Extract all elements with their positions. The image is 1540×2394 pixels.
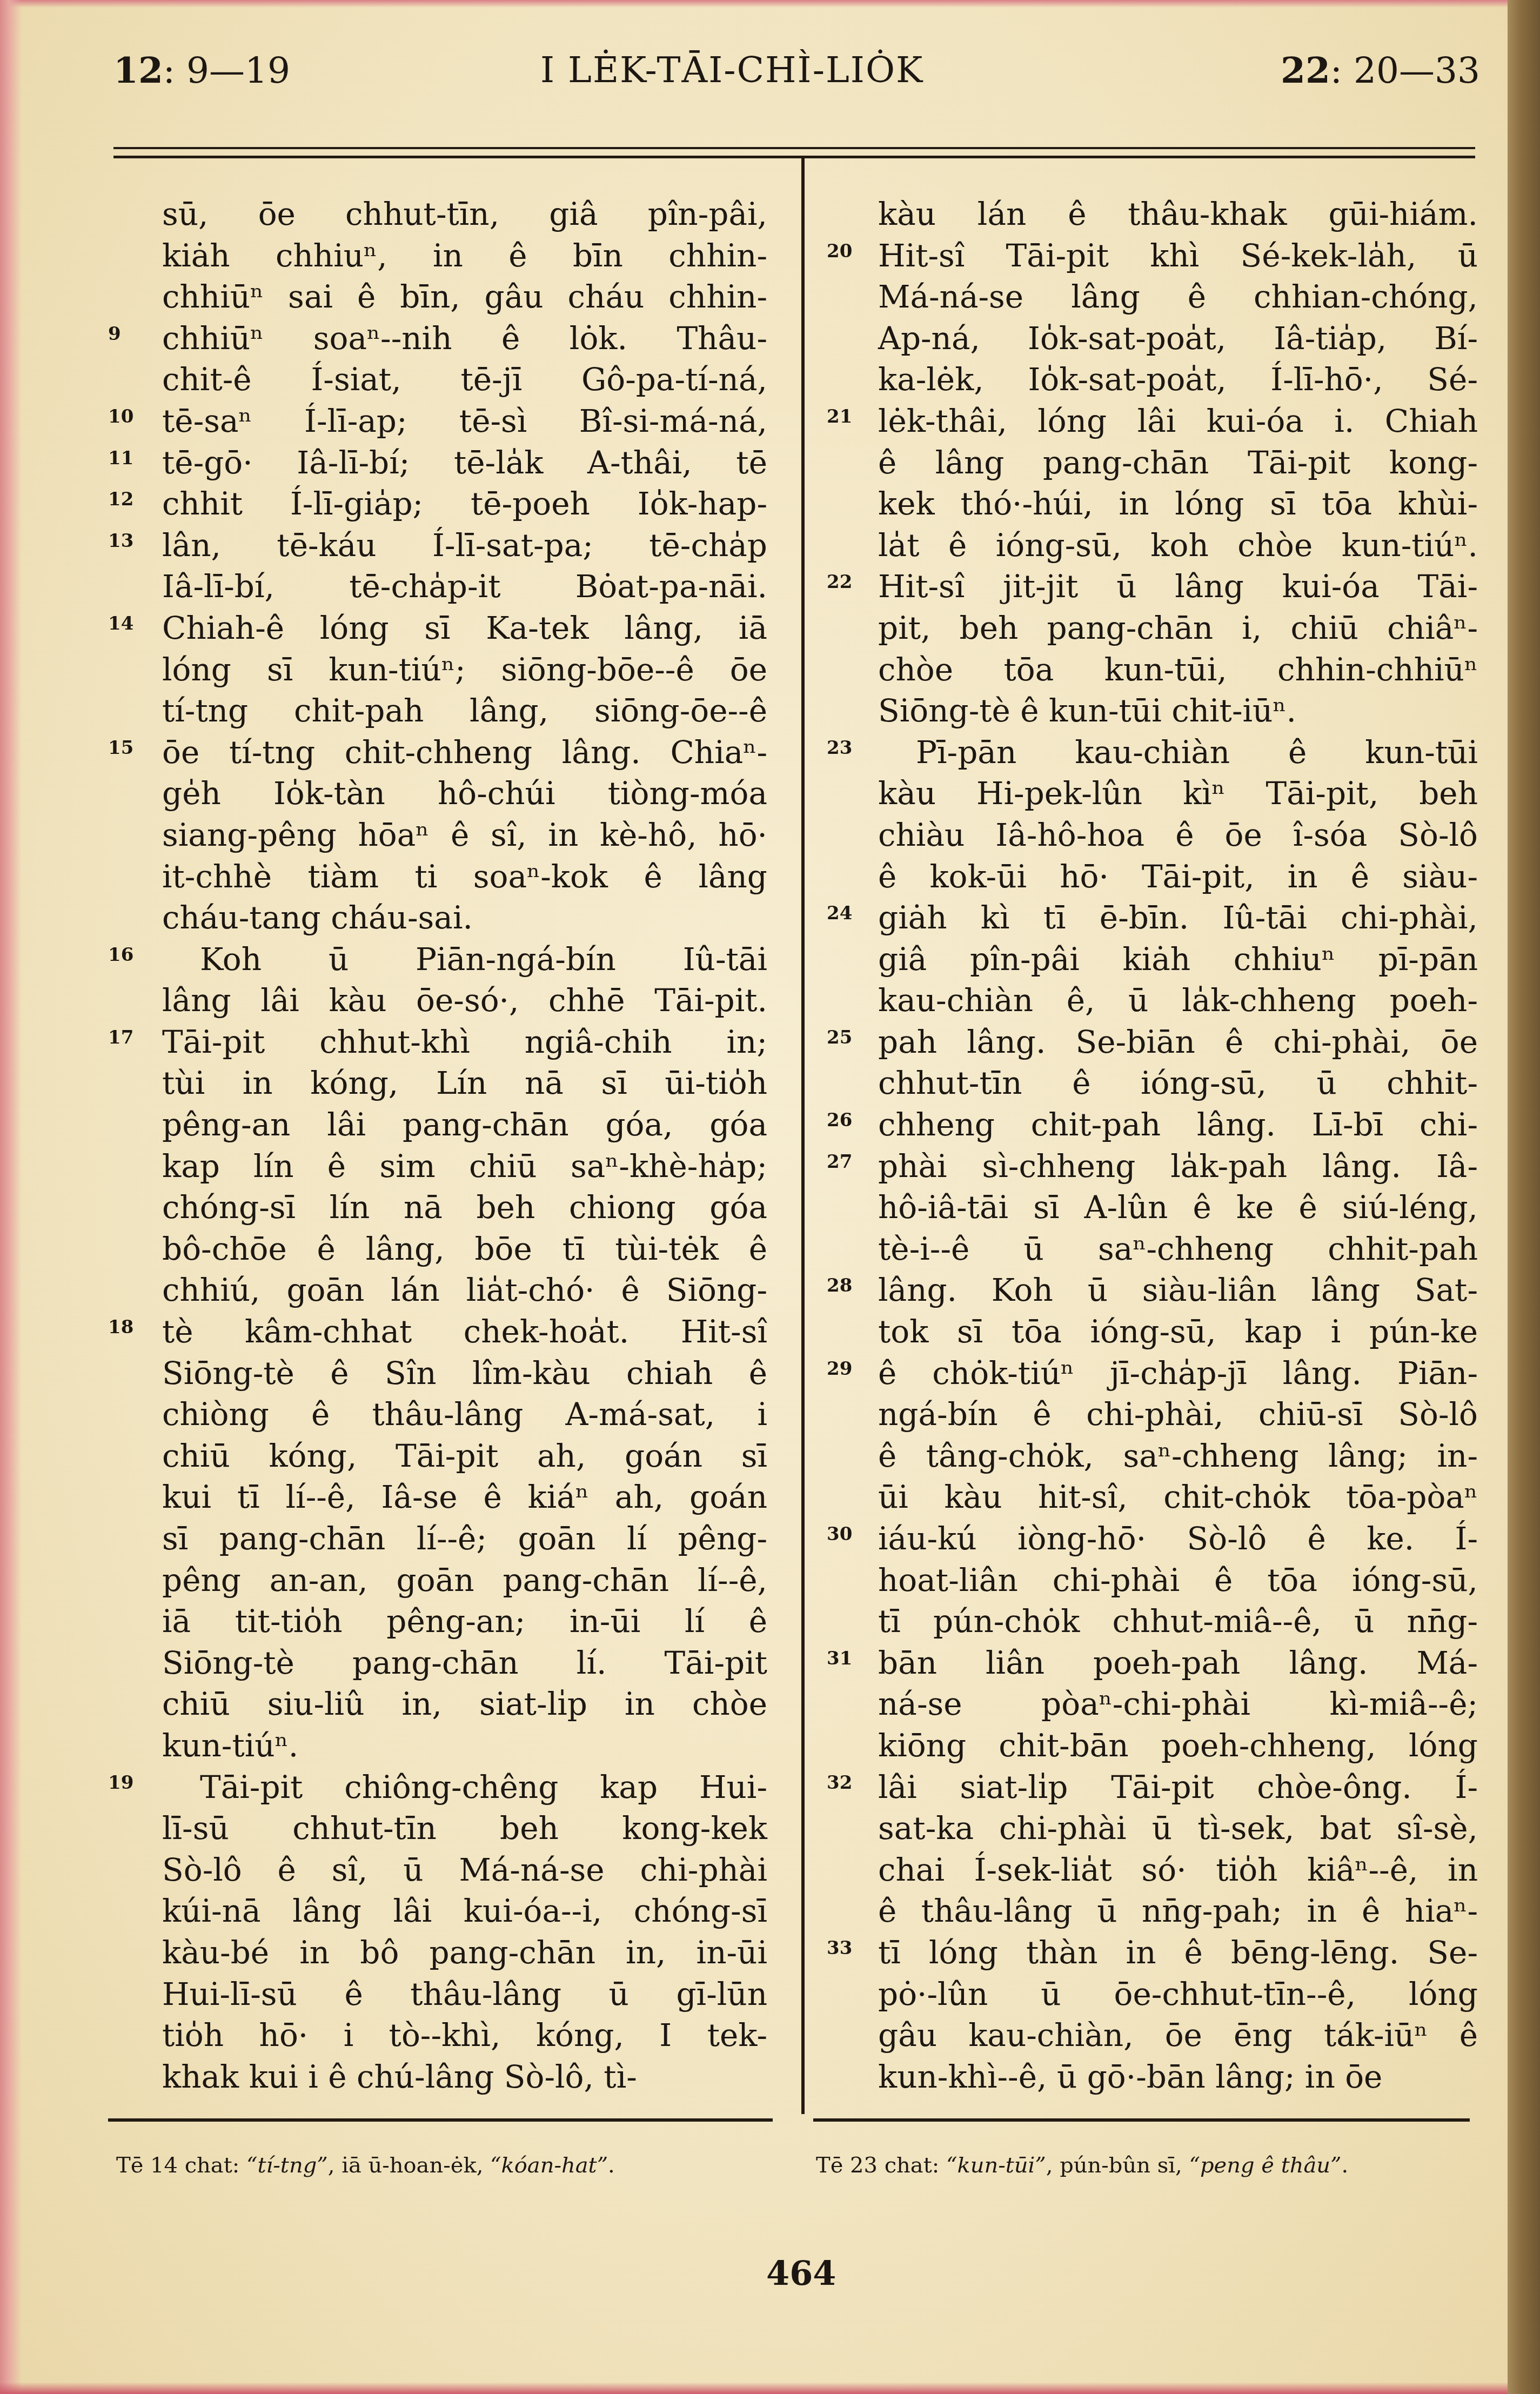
line-text: chhiūⁿ sai ê bīn, gâu cháu chhin-: [162, 278, 767, 315]
text-line: kiȧh chhiuⁿ, in ê bīn chhin-: [162, 235, 767, 277]
line-text: Hui-lī-sū ê thâu-lâng ū gī-lūn: [162, 1976, 767, 2012]
text-line: Má-ná-se lâng ê chhian-chóng,: [878, 276, 1478, 318]
header-right-chapter: 22: [1281, 49, 1330, 91]
line-text: kau-chiàn ê, ū la̍k-chheng poeh-: [878, 982, 1478, 1019]
text-line: 21lėk-thâi, lóng lâi kui-óa i. Chiah: [878, 400, 1478, 442]
line-text: kàu-bé in bô pang-chān in, in-ūi: [162, 1934, 767, 1971]
line-text: Hit-sî Tāi-pit khì Sé-kek-la̍h, ū: [878, 237, 1478, 274]
header-rule-top: [113, 147, 1475, 149]
line-text: chhit Í-lī-gia̍p; tē-poeh Io̍k-hap-: [162, 485, 767, 522]
line-text: Ap-ná, Io̍k-sat-poa̍t, Iâ-tia̍p, Bí-: [878, 320, 1478, 357]
line-text: khak kui i ê chú-lâng Sò-lô, tì-: [162, 2058, 637, 2095]
page-edge-top: [0, 0, 1508, 8]
text-line: gâu kau-chiàn, ōe ēng ták-iūⁿ ê: [878, 2015, 1478, 2056]
text-line: Sò-lô ê sî, ū Má-ná-se chi-phài: [162, 1849, 767, 1891]
line-text: chai Í-sek-lia̍t só· tio̍h kiâⁿ--ê, in: [878, 1851, 1478, 1888]
line-text: Iâ-lī-bí, tē-cha̍p-it Bȯat-pa-nāi.: [162, 568, 767, 605]
verse-number: 20: [827, 231, 852, 272]
verse-number: 12: [108, 479, 133, 520]
line-text: chóng-sī lín nā beh chiong góa: [162, 1189, 767, 1226]
text-line: chhiú, goān lán lia̍t-chó· ê Siōng-: [162, 1269, 767, 1311]
text-line: ê kok-ūi hō· Tāi-pit, in ê siàu-: [878, 856, 1478, 898]
verse-number: 22: [827, 561, 852, 603]
line-text: giâ pîn-pâi kiȧh chhiuⁿ pī-pān: [878, 941, 1478, 978]
verse-number: 21: [827, 396, 852, 438]
text-line: 20Hit-sî Tāi-pit khì Sé-kek-la̍h, ū: [878, 235, 1478, 277]
page-title: I LĖK-TĀI-CHÌ-LIȮK: [540, 49, 923, 92]
line-text: chheng chit-pah lâng. Lī-bī chi-: [878, 1106, 1478, 1143]
text-line: kàu lán ê thâu-khak gūi-hiám.: [878, 193, 1478, 235]
verse-number: 27: [827, 1141, 852, 1183]
text-line: iā tit-tio̍h pêng-an; in-ūi lí ê: [162, 1601, 767, 1642]
text-line: ge̍h Io̍k-tàn hô-chúi tiòng-móa: [162, 773, 767, 814]
footnote-suffix: .: [1342, 2153, 1349, 2178]
text-line: Siōng-tè pang-chān lí. Tāi-pit: [162, 1642, 767, 1684]
text-line: sat-ka chi-phài ū tì-sek, bat sî-sè,: [878, 1808, 1478, 1849]
text-line: tí-tng chit-pah lâng, siōng-ōe--ê: [162, 690, 767, 732]
line-text: kiōng chit-bān poeh-chheng, lóng: [878, 1727, 1478, 1764]
text-line: 11tē-gō· Iâ-lī-bí; tē-la̍k A-thâi, tē: [162, 442, 767, 484]
text-line: lâng lâi kàu ōe-só·, chhē Tāi-pit.: [162, 980, 767, 1021]
text-line: hoat-liân chi-phài ê tōa ióng-sū,: [878, 1560, 1478, 1601]
page-edge-bottom: [0, 2382, 1508, 2394]
line-text: lėk-thâi, lóng lâi kui-óa i. Chiah: [878, 403, 1478, 439]
line-text: pêng-an lâi pang-chān góa, góa: [162, 1106, 767, 1143]
text-line: 9chhiūⁿ soaⁿ--nih ê lȯk. Thâu-: [162, 318, 767, 359]
verse-number: 14: [108, 603, 133, 645]
text-line: ka-lėk, Io̍k-sat-poa̍t, Í-lī-hō·, Sé-: [878, 359, 1478, 400]
line-text: ge̍h Io̍k-tàn hô-chúi tiòng-móa: [162, 775, 767, 812]
text-line: tio̍h hō· i tò--khì, kóng, I tek-: [162, 2015, 767, 2056]
line-text: ê kok-ūi hō· Tāi-pit, in ê siàu-: [878, 858, 1478, 895]
footnote-prefix: Tē 23 chat:: [816, 2153, 946, 2178]
line-text: Tāi-pit chhut-khì ngiâ-chih in;: [162, 1024, 767, 1060]
text-line: ngá-bín ê chi-phài, chiū-sī Sò-lô: [878, 1394, 1478, 1435]
text-line: 13lân, tē-káu Í-lī-sat-pa; tē-cha̍p: [162, 525, 767, 566]
verse-number: 25: [827, 1017, 852, 1059]
text-line: 27phài sì-chheng la̍k-pah lâng. Iâ-: [878, 1146, 1478, 1187]
verse-number: 16: [108, 934, 133, 976]
verse-number: 26: [827, 1100, 852, 1141]
verse-number: 10: [108, 396, 133, 438]
text-line: 31bān liân poeh-pah lâng. Má-: [878, 1642, 1478, 1684]
text-line: pêng-an lâi pang-chān góa, góa: [162, 1104, 767, 1146]
line-text: tok sī tōa ióng-sū, kap i pún-ke: [878, 1313, 1478, 1350]
line-text: tī pún-chȯk chhut-miâ--ê, ū nn̄g-: [878, 1603, 1478, 1640]
text-line: 33tī lóng thàn in ê bēng-lēng. Se-: [878, 1932, 1478, 1974]
verse-number: 30: [827, 1514, 852, 1555]
line-text: kun-tiúⁿ.: [162, 1727, 298, 1764]
text-line: 12chhit Í-lī-gia̍p; tē-poeh Io̍k-hap-: [162, 483, 767, 525]
text-line: kun-tiúⁿ.: [162, 1725, 767, 1767]
text-line: kui tī lí--ê, Iâ-se ê kiáⁿ ah, goán: [162, 1476, 767, 1518]
footnote-left: Tē 14 chat: “tí-tng”, iā ū-hoan-ėk, “kóa…: [116, 2151, 770, 2180]
text-line: lóng sī kun-tiúⁿ; siōng-bōe--ê ōe: [162, 649, 767, 691]
line-text: it-chhè tiàm ti soaⁿ-kok ê lâng: [162, 858, 767, 895]
line-text: tè kâm-chhat chek-hoa̍t. Hit-sî: [162, 1313, 767, 1350]
text-line: 24giȧh kì tī ē-bīn. Iû-tāi chi-phài,: [878, 897, 1478, 939]
text-line: 26chheng chit-pah lâng. Lī-bī chi-: [878, 1104, 1478, 1146]
line-text: Siōng-tè ê Sîn lîm-kàu chiah ê: [162, 1355, 767, 1392]
line-text: chiòng ê thâu-lâng A-má-sat, i: [162, 1396, 767, 1433]
page-number: 464: [766, 2253, 836, 2293]
verse-number: 17: [108, 1017, 133, 1059]
verse-number: 15: [108, 727, 133, 769]
text-line: siang-pêng hōaⁿ ê sî, in kè-hô, hō·: [162, 814, 767, 856]
line-text: tè-i--ê ū saⁿ-chheng chhit-pah: [878, 1231, 1478, 1267]
text-line: pit, beh pang-chān i, chiū chiâⁿ-: [878, 607, 1478, 649]
footnote-text: , pún-bûn sī,: [1046, 2153, 1189, 2178]
text-line: kun-khì--ê, ū gō·-bān lâng; in ōe: [878, 2056, 1478, 2098]
line-text: kui tī lí--ê, Iâ-se ê kiáⁿ ah, goán: [162, 1479, 767, 1515]
text-line: giâ pîn-pâi kiȧh chhiuⁿ pī-pān: [878, 939, 1478, 980]
text-line: ê lâng pang-chān Tāi-pit kong-: [878, 442, 1478, 484]
column-divider: [801, 158, 805, 2114]
line-text: bô-chōe ê lâng, bōe tī tùi-tėk ê: [162, 1231, 767, 1267]
text-line: kek thó·-húi, in lóng sī tōa khùi-: [878, 483, 1478, 525]
text-line: 19Tāi-pit chiông-chêng kap Hui-: [162, 1767, 767, 1808]
footnote-rule-left: [108, 2118, 773, 2122]
text-line: chhut-tīn ê ióng-sū, ū chhit-: [878, 1062, 1478, 1104]
header-left-reference: 12: 9—19: [113, 49, 290, 92]
text-line: kúi-nā lâng lâi kui-óa--i, chóng-sī: [162, 1890, 767, 1932]
text-line: kap lín ê sim chiū saⁿ-khè-ha̍p;: [162, 1146, 767, 1187]
right-column: kàu lán ê thâu-khak gūi-hiám.20Hit-sî Tā…: [878, 193, 1478, 2097]
verse-number: 31: [827, 1638, 852, 1680]
text-line: lī-sū chhut-tīn beh kong-kek: [162, 1808, 767, 1849]
text-line: 22Hit-sî jit-jit ū lâng kui-óa Tāi-: [878, 566, 1478, 607]
line-text: giȧh kì tī ē-bīn. Iû-tāi chi-phài,: [878, 899, 1478, 936]
text-line: tok sī tōa ióng-sū, kap i pún-ke: [878, 1311, 1478, 1353]
line-text: ngá-bín ê chi-phài, chiū-sī Sò-lô: [878, 1396, 1478, 1433]
page-edge-left: [0, 0, 22, 2394]
text-line: Siōng-tè ê kun-tūi chit-iūⁿ.: [878, 690, 1478, 732]
line-text: lâi siat-li̍p Tāi-pit chòe-ông. Í-: [878, 1769, 1478, 1805]
line-text: tùi in kóng, Lín nā sī ūi-tio̍h: [162, 1065, 767, 1101]
line-text: kúi-nā lâng lâi kui-óa--i, chóng-sī: [162, 1893, 767, 1929]
footnote-term: “kóan-hat”: [490, 2153, 608, 2178]
text-line: 16Koh ū Piān-ngá-bín Iû-tāi: [162, 939, 767, 980]
line-text: la̍t ê ióng-sū, koh chòe kun-tiúⁿ.: [878, 527, 1478, 564]
line-text: pah lâng. Se-biān ê chi-phài, ōe: [878, 1024, 1478, 1060]
line-text: chit-ê Í-siat, tē-jī Gô-pa-tí-ná,: [162, 361, 767, 398]
text-line: tùi in kóng, Lín nā sī ūi-tio̍h: [162, 1062, 767, 1104]
line-text: siang-pêng hōaⁿ ê sî, in kè-hô, hō·: [162, 817, 767, 853]
text-line: ê tâng-chȯk, saⁿ-chheng lâng; in-: [878, 1435, 1478, 1477]
line-text: hô-iâ-tāi sī A-lûn ê ke ê siú-léng,: [878, 1189, 1478, 1226]
text-line: 18tè kâm-chhat chek-hoa̍t. Hit-sî: [162, 1311, 767, 1353]
header-rule-bottom: [113, 156, 1475, 158]
verse-number: 32: [827, 1762, 852, 1804]
text-line: ūi kàu hit-sî, chit-chȯk tōa-pòaⁿ: [878, 1476, 1478, 1518]
line-text: kek thó·-húi, in lóng sī tōa khùi-: [878, 485, 1478, 522]
line-text: tē-saⁿ Í-lī-ap; tē-sì Bî-si-má-ná,: [162, 403, 767, 439]
text-line: chiū siu-liû in, siat-li̍p in chòe: [162, 1683, 767, 1725]
line-text: kàu lán ê thâu-khak gūi-hiám.: [878, 196, 1478, 232]
text-line: la̍t ê ióng-sū, koh chòe kun-tiúⁿ.: [878, 525, 1478, 566]
verse-number: 19: [108, 1762, 133, 1804]
text-line: 15ōe tí-tng chit-chheng lâng. Chiaⁿ-: [162, 732, 767, 773]
text-line: ná-se pòaⁿ-chi-phài kì-miâ--ê;: [878, 1683, 1478, 1725]
text-line: pȯ·-lûn ū ōe-chhut-tīn--ê, lóng: [878, 1974, 1478, 2015]
footnote-suffix: .: [608, 2153, 615, 2178]
text-line: kau-chiàn ê, ū la̍k-chheng poeh-: [878, 980, 1478, 1021]
header-right-reference: 22: 20—33: [1281, 49, 1480, 92]
line-text: Tāi-pit chiông-chêng kap Hui-: [200, 1769, 767, 1805]
line-text: ka-lėk, Io̍k-sat-poa̍t, Í-lī-hō·, Sé-: [878, 361, 1478, 398]
text-line: ê thâu-lâng ū nn̄g-pah; in ê hiaⁿ-: [878, 1890, 1478, 1932]
text-line: pêng an-an, goān pang-chān lí--ê,: [162, 1560, 767, 1601]
text-line: chiū kóng, Tāi-pit ah, goán sī: [162, 1435, 767, 1477]
line-text: kap lín ê sim chiū saⁿ-khè-ha̍p;: [162, 1148, 767, 1185]
text-line: 23Pī-pān kau-chiàn ê kun-tūi: [878, 732, 1478, 773]
line-text: ê thâu-lâng ū nn̄g-pah; in ê hiaⁿ-: [878, 1893, 1478, 1929]
line-text: chiū kóng, Tāi-pit ah, goán sī: [162, 1437, 767, 1474]
text-line: sī pang-chān lí--ê; goān lí pêng-: [162, 1518, 767, 1560]
text-line: chiàu Iâ-hô-hoa ê ōe î-sóa Sò-lô: [878, 814, 1478, 856]
line-text: chiū siu-liû in, siat-li̍p in chòe: [162, 1686, 767, 1722]
line-text: ōe tí-tng chit-chheng lâng. Chiaⁿ-: [162, 734, 767, 771]
text-line: chóng-sī lín nā beh chiong góa: [162, 1187, 767, 1228]
line-text: ná-se pòaⁿ-chi-phài kì-miâ--ê;: [878, 1686, 1478, 1722]
verse-number: 11: [108, 438, 133, 479]
verse-number: 24: [827, 893, 852, 934]
line-text: chhut-tīn ê ióng-sū, ū chhit-: [878, 1065, 1478, 1101]
line-text: chòe tōa kun-tūi, chhin-chhiūⁿ: [878, 651, 1478, 688]
text-line: kàu-bé in bô pang-chān in, in-ūi: [162, 1932, 767, 1974]
text-line: Siōng-tè ê Sîn lîm-kàu chiah ê: [162, 1353, 767, 1394]
footnote-term: “peng ê thâu”: [1189, 2153, 1341, 2178]
line-text: lân, tē-káu Í-lī-sat-pa; tē-cha̍p: [162, 527, 767, 564]
line-text: Pī-pān kau-chiàn ê kun-tūi: [916, 734, 1478, 771]
line-text: ūi kàu hit-sî, chit-chȯk tōa-pòaⁿ: [878, 1479, 1478, 1515]
line-text: iáu-kú iòng-hō· Sò-lô ê ke. Í-: [878, 1520, 1478, 1557]
line-text: Má-ná-se lâng ê chhian-chóng,: [878, 278, 1478, 315]
text-line: cháu-tang cháu-sai.: [162, 897, 767, 939]
text-line: kàu Hi-pek-lûn kìⁿ Tāi-pit, beh: [878, 773, 1478, 814]
line-text: pȯ·-lûn ū ōe-chhut-tīn--ê, lóng: [878, 1976, 1478, 2012]
line-text: Koh ū Piān-ngá-bín Iû-tāi: [200, 941, 767, 978]
text-line: 17Tāi-pit chhut-khì ngiâ-chih in;: [162, 1021, 767, 1063]
text-line: chai Í-sek-lia̍t só· tio̍h kiâⁿ--ê, in: [878, 1849, 1478, 1891]
line-text: tí-tng chit-pah lâng, siōng-ōe--ê: [162, 692, 767, 729]
line-text: gâu kau-chiàn, ōe ēng ták-iūⁿ ê: [878, 2017, 1478, 2054]
text-line: bô-chōe ê lâng, bōe tī tùi-tėk ê: [162, 1228, 767, 1270]
line-text: lâng lâi kàu ōe-só·, chhē Tāi-pit.: [162, 982, 767, 1019]
line-text: Siōng-tè ê kun-tūi chit-iūⁿ.: [878, 692, 1296, 729]
footnote-rule-right: [813, 2118, 1470, 2122]
line-text: tē-gō· Iâ-lī-bí; tē-la̍k A-thâi, tē: [162, 444, 767, 481]
line-text: chhiūⁿ soaⁿ--nih ê lȯk. Thâu-: [162, 320, 767, 357]
line-text: Hit-sî jit-jit ū lâng kui-óa Tāi-: [878, 568, 1478, 605]
verse-number: 9: [108, 313, 121, 355]
book-binding: [1508, 0, 1540, 2394]
line-text: tī lóng thàn in ê bēng-lēng. Se-: [878, 1934, 1478, 1971]
line-text: sī pang-chān lí--ê; goān lí pêng-: [162, 1520, 767, 1557]
line-text: lóng sī kun-tiúⁿ; siōng-bōe--ê ōe: [162, 651, 767, 688]
line-text: pit, beh pang-chān i, chiū chiâⁿ-: [878, 610, 1478, 646]
text-line: 14Chiah-ê lóng sī Ka-tek lâng, iā: [162, 607, 767, 649]
line-text: kiȧh chhiuⁿ, in ê bīn chhin-: [162, 237, 767, 274]
line-text: chiàu Iâ-hô-hoa ê ōe î-sóa Sò-lô: [878, 817, 1478, 853]
line-text: chhiú, goān lán lia̍t-chó· ê Siōng-: [162, 1272, 767, 1308]
line-text: Siōng-tè pang-chān lí. Tāi-pit: [162, 1644, 767, 1681]
line-text: ê chȯk-tiúⁿ jī-cha̍p-jī lâng. Piān-: [878, 1355, 1478, 1392]
verse-number: 33: [827, 1928, 852, 1969]
text-line: chhiūⁿ sai ê bīn, gâu cháu chhin-: [162, 276, 767, 318]
line-text: sat-ka chi-phài ū tì-sek, bat sî-sè,: [878, 1810, 1478, 1847]
verse-number: 29: [827, 1348, 852, 1390]
text-line: Ap-ná, Io̍k-sat-poa̍t, Iâ-tia̍p, Bí-: [878, 318, 1478, 359]
footnote-text: , iā ū-hoan-ėk,: [328, 2153, 490, 2178]
text-line: 32lâi siat-li̍p Tāi-pit chòe-ông. Í-: [878, 1767, 1478, 1808]
header-left-chapter: 12: [113, 49, 163, 91]
line-text: bān liân poeh-pah lâng. Má-: [878, 1644, 1478, 1681]
footnote-prefix: Tē 14 chat:: [116, 2153, 246, 2178]
header-right-verses: : 20—33: [1330, 50, 1480, 91]
line-text: sū, ōe chhut-tīn, giâ pîn-pâi,: [162, 196, 767, 232]
header-left-verses: : 9—19: [163, 50, 290, 91]
text-line: 30iáu-kú iòng-hō· Sò-lô ê ke. Í-: [878, 1518, 1478, 1560]
left-column: sū, ōe chhut-tīn, giâ pîn-pâi,kiȧh chhiu…: [162, 193, 767, 2097]
text-line: it-chhè tiàm ti soaⁿ-kok ê lâng: [162, 856, 767, 898]
line-text: Chiah-ê lóng sī Ka-tek lâng, iā: [162, 610, 767, 646]
line-text: iā tit-tio̍h pêng-an; in-ūi lí ê: [162, 1603, 767, 1640]
line-text: hoat-liân chi-phài ê tōa ióng-sū,: [878, 1562, 1478, 1599]
text-line: 28lâng. Koh ū siàu-liân lâng Sat-: [878, 1269, 1478, 1311]
text-line: Iâ-lī-bí, tē-cha̍p-it Bȯat-pa-nāi.: [162, 566, 767, 607]
line-text: lī-sū chhut-tīn beh kong-kek: [162, 1810, 767, 1847]
line-text: ê lâng pang-chān Tāi-pit kong-: [878, 444, 1478, 481]
verse-number: 18: [108, 1307, 133, 1348]
footnote-term: “tí-tng”: [246, 2153, 328, 2178]
line-text: ê tâng-chȯk, saⁿ-chheng lâng; in-: [878, 1437, 1478, 1474]
verse-number: 13: [108, 520, 133, 562]
text-line: sū, ōe chhut-tīn, giâ pîn-pâi,: [162, 193, 767, 235]
line-text: pêng an-an, goān pang-chān lí--ê,: [162, 1562, 767, 1599]
text-line: chiòng ê thâu-lâng A-má-sat, i: [162, 1394, 767, 1435]
footnote-right: Tē 23 chat: “kun-tūi”, pún-bûn sī, “peng…: [816, 2151, 1470, 2180]
verse-number: 23: [827, 727, 852, 769]
text-line: tī pún-chȯk chhut-miâ--ê, ū nn̄g-: [878, 1601, 1478, 1642]
text-line: hô-iâ-tāi sī A-lûn ê ke ê siú-léng,: [878, 1187, 1478, 1228]
line-text: kun-khì--ê, ū gō·-bān lâng; in ōe: [878, 2058, 1382, 2095]
text-line: Hui-lī-sū ê thâu-lâng ū gī-lūn: [162, 1974, 767, 2015]
line-text: Sò-lô ê sî, ū Má-ná-se chi-phài: [162, 1851, 767, 1888]
line-text: cháu-tang cháu-sai.: [162, 899, 473, 936]
line-text: kàu Hi-pek-lûn kìⁿ Tāi-pit, beh: [878, 775, 1478, 812]
line-text: lâng. Koh ū siàu-liân lâng Sat-: [878, 1272, 1478, 1308]
text-line: chit-ê Í-siat, tē-jī Gô-pa-tí-ná,: [162, 359, 767, 400]
text-line: khak kui i ê chú-lâng Sò-lô, tì-: [162, 2056, 767, 2098]
text-line: chòe tōa kun-tūi, chhin-chhiūⁿ: [878, 649, 1478, 691]
text-line: kiōng chit-bān poeh-chheng, lóng: [878, 1725, 1478, 1767]
line-text: phài sì-chheng la̍k-pah lâng. Iâ-: [878, 1148, 1478, 1185]
verse-number: 28: [827, 1265, 852, 1307]
text-line: 29ê chȯk-tiúⁿ jī-cha̍p-jī lâng. Piān-: [878, 1353, 1478, 1394]
text-line: 25pah lâng. Se-biān ê chi-phài, ōe: [878, 1021, 1478, 1063]
text-line: tè-i--ê ū saⁿ-chheng chhit-pah: [878, 1228, 1478, 1270]
text-line: 10tē-saⁿ Í-lī-ap; tē-sì Bî-si-má-ná,: [162, 400, 767, 442]
line-text: tio̍h hō· i tò--khì, kóng, I tek-: [162, 2017, 767, 2054]
footnote-term: “kun-tūi”: [946, 2153, 1046, 2178]
